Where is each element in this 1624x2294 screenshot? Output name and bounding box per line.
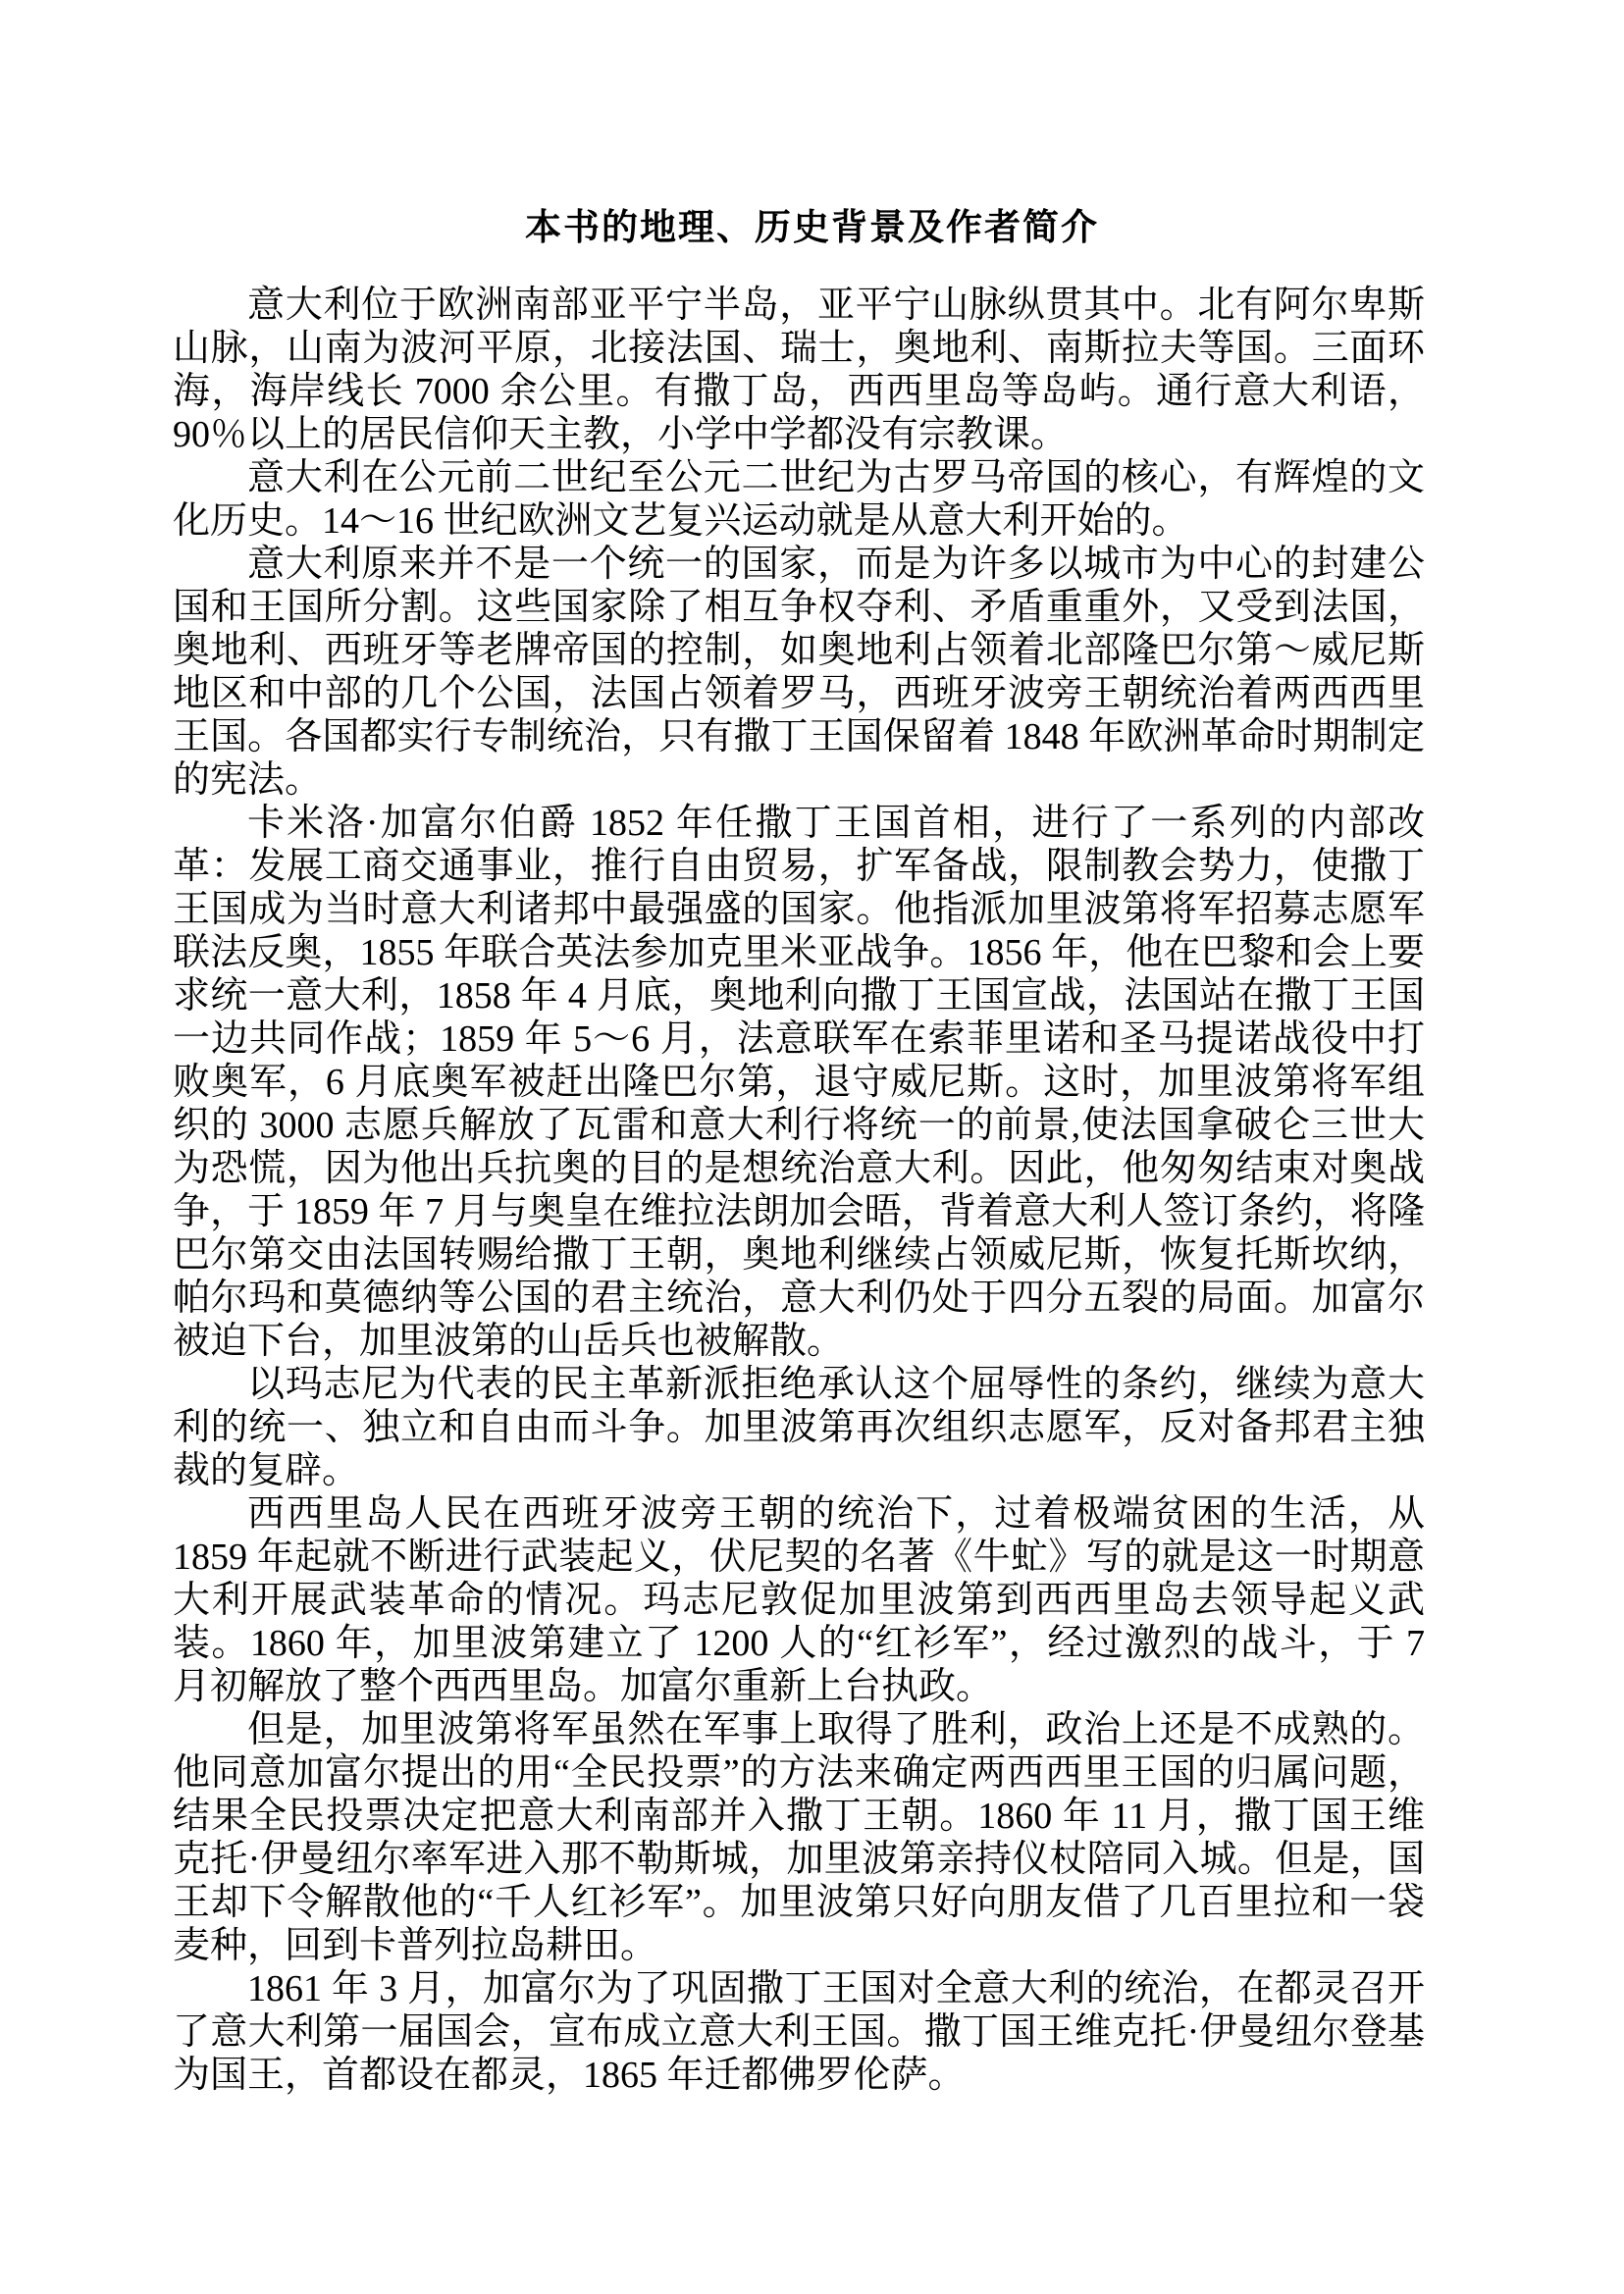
page-title: 本书的地理、历史背景及作者简介 (0, 204, 1624, 251)
paragraph-kingdom-founded: 1861 年 3 月，加富尔为了巩固撒丁王国对全意大利的统治，在都灵召开了意大利… (173, 1967, 1425, 2097)
paragraph-roman-history: 意大利在公元前二世纪至公元二世纪为古罗马帝国的核心，有辉煌的文化历史。14～16… (173, 456, 1425, 543)
paragraph-cavour-reforms: 卡米洛·加富尔伯爵 1852 年任撒丁王国首相，进行了一系列的内部改革：发展工商… (173, 802, 1425, 1363)
document-page: 本书的地理、历史背景及作者简介 意大利位于欧洲南部亚平宁半岛，亚平宁山脉纵贯其中… (0, 0, 1624, 2294)
paragraph-divided-states: 意大利原来并不是一个统一的国家，而是为许多以城市为中心的封建公国和王国所分割。这… (173, 543, 1425, 802)
body-text: 意大利位于欧洲南部亚平宁半岛，亚平宁山脉纵贯其中。北有阿尔卑斯山脉，山南为波河平… (173, 284, 1425, 2097)
paragraph-mazzini-democrats: 以玛志尼为代表的民主革新派拒绝承认这个屈辱性的条约，继续为意大利的统一、独立和自… (173, 1363, 1425, 1492)
paragraph-garibaldi-politics: 但是，加里波第将军虽然在军事上取得了胜利，政治上还是不成熟的。他同意加富尔提出的… (173, 1708, 1425, 1967)
paragraph-sicily-uprising: 西西里岛人民在西班牙波旁王朝的统治下，过着极端贫困的生活，从 1859 年起就不… (173, 1492, 1425, 1708)
paragraph-geography: 意大利位于欧洲南部亚平宁半岛，亚平宁山脉纵贯其中。北有阿尔卑斯山脉，山南为波河平… (173, 284, 1425, 456)
